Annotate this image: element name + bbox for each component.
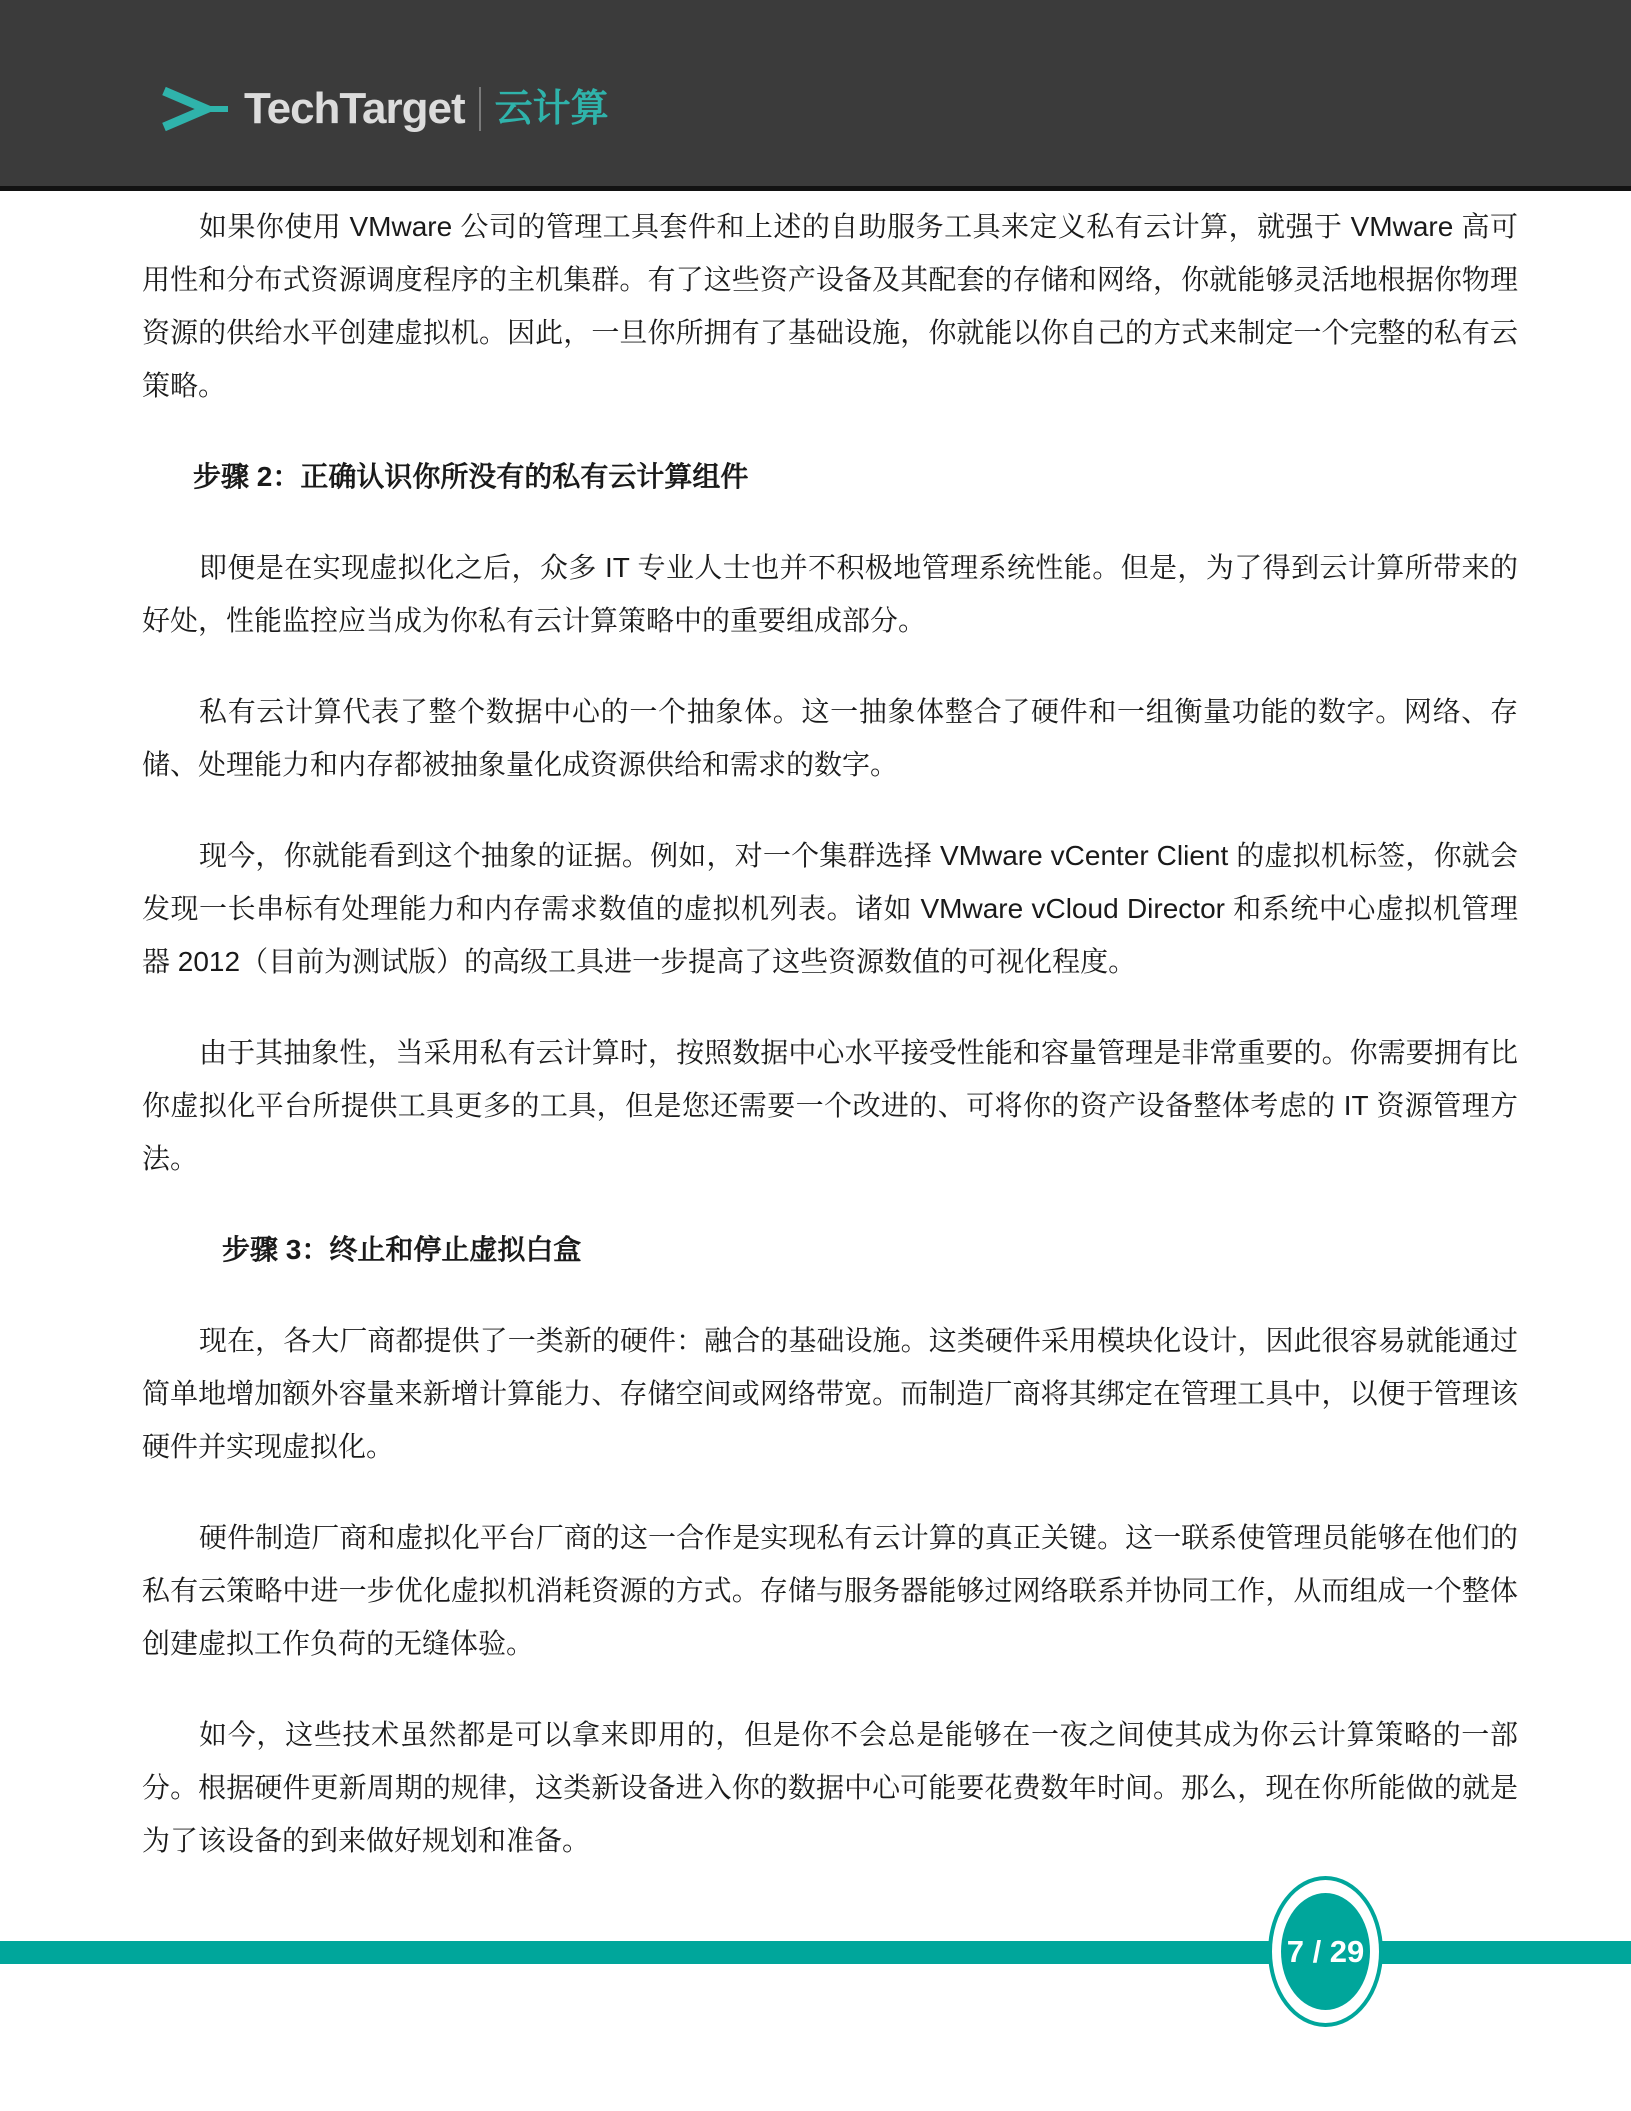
paragraph: 现今，你就能看到这个抽象的证据。例如，对一个集群选择 VMware vCente…	[142, 829, 1518, 988]
paragraph: 如果你使用 VMware 公司的管理工具套件和上述的自助服务工具来定义私有云计算…	[142, 200, 1518, 412]
brand-suffix: 云计算	[495, 90, 609, 128]
paragraph: 由于其抽象性，当采用私有云计算时，按照数据中心水平接受性能和容量管理是非常重要的…	[142, 1026, 1518, 1185]
section-heading-step-2: 步骤 2：正确认识你所没有的私有云计算组件	[142, 450, 1518, 503]
paragraph: 即便是在实现虚拟化之后，众多 IT 专业人士也并不积极地管理系统性能。但是，为了…	[142, 541, 1518, 647]
page-header: TechTarget 云计算	[0, 0, 1631, 191]
page-number-circle: 7 / 29	[1281, 1893, 1370, 2010]
document-page: TechTarget 云计算 如果你使用 VMware 公司的管理工具套件和上述…	[0, 0, 1631, 2111]
brand-name: TechTarget	[244, 87, 465, 131]
page-number-badge: 7 / 29	[1268, 1876, 1383, 2027]
footer-accent-bar	[0, 1941, 1631, 1964]
logo-divider	[479, 87, 481, 131]
paragraph: 私有云计算代表了整个数据中心的一个抽象体。这一抽象体整合了硬件和一组衡量功能的数…	[142, 685, 1518, 791]
techtarget-logo: TechTarget 云计算	[160, 84, 609, 134]
paragraph: 硬件制造厂商和虚拟化平台厂商的这一合作是实现私有云计算的真正关键。这一联系使管理…	[142, 1511, 1518, 1670]
article-body: 如果你使用 VMware 公司的管理工具套件和上述的自助服务工具来定义私有云计算…	[0, 196, 1631, 1867]
arrow-icon	[160, 84, 230, 134]
paragraph: 现在，各大厂商都提供了一类新的硬件：融合的基础设施。这类硬件采用模块化设计，因此…	[142, 1314, 1518, 1473]
paragraph: 如今，这些技术虽然都是可以拿来即用的，但是你不会总是能够在一夜之间使其成为你云计…	[142, 1708, 1518, 1867]
page-number: 7 / 29	[1287, 1934, 1365, 1970]
section-heading-step-3: 步骤 3：终止和停止虚拟白盒	[142, 1223, 1518, 1276]
